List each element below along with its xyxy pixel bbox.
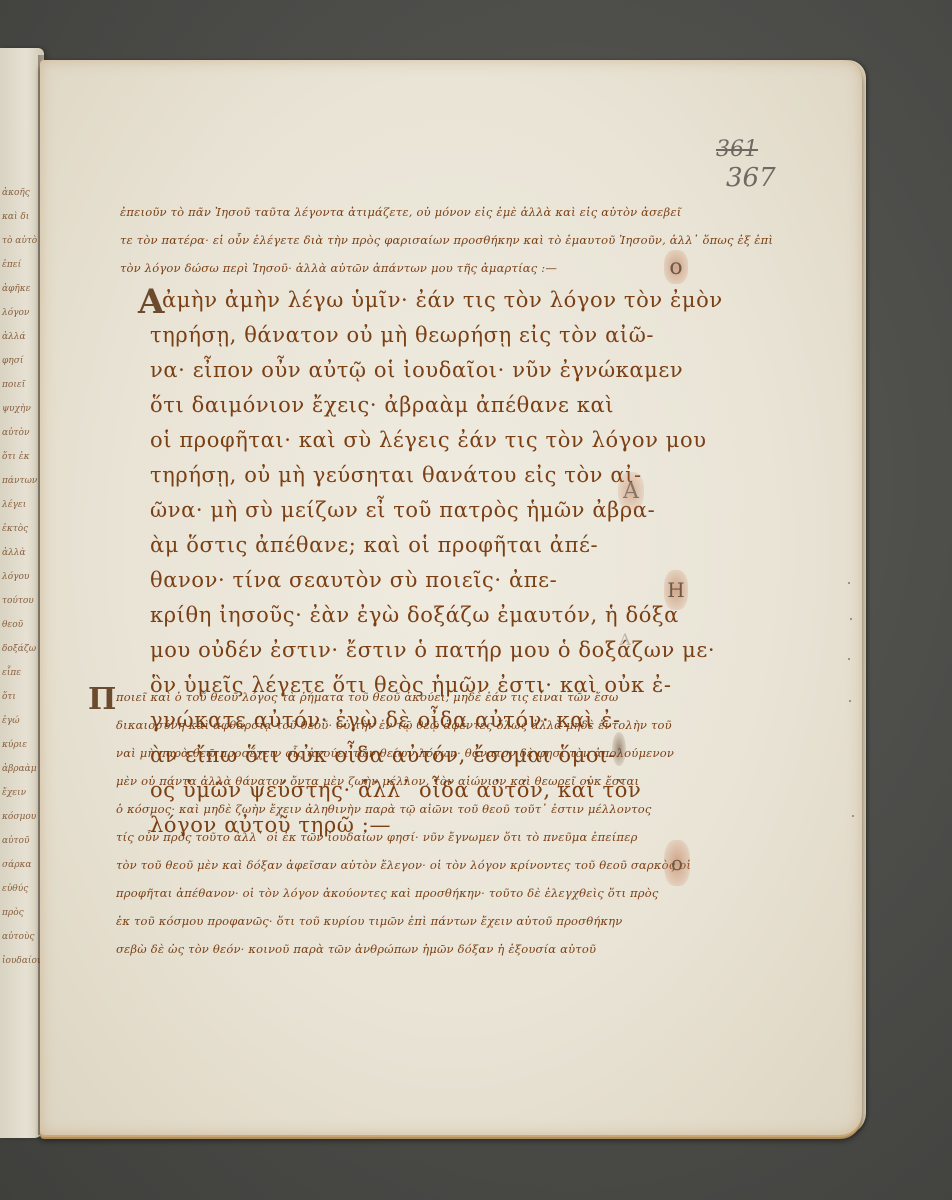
facing-page-line: δοξάζω xyxy=(2,644,36,654)
folio-number-crossed: 361 xyxy=(716,137,758,162)
manuscript-photo: ἀκοῆςκαὶ διτὸ αὐτὸἐπείἀφῆκελόγονἀλλάφησί… xyxy=(0,0,952,1200)
lower-commentary-line: ναὶ μὴ παρὰ θεῷ προσέχειν οἷς ἀκούει τῶν… xyxy=(116,746,674,760)
facing-page-line: πρὸς xyxy=(2,908,24,918)
facing-page-line: ὅτι ἐκ xyxy=(2,452,30,462)
speck xyxy=(848,582,850,584)
marginal-sign: Α xyxy=(616,625,634,653)
facing-page-line: εὐθύς xyxy=(2,884,28,894)
main-text-line: ὅτι δαιμόνιον ἔχεις· ἀβραὰμ ἀπέθανε καὶ xyxy=(150,393,614,417)
speck xyxy=(849,700,851,702)
facing-page-line: εἶπε xyxy=(2,668,21,678)
main-text-line: κρίθη ἰησοῦς· ἐὰν ἐγὼ δοξάζω ἐμαυτόν, ἡ … xyxy=(150,603,679,627)
upper-commentary-line: ἐπειοῦν τὸ πᾶν Ἰησοῦ ταῦτα λέγοντα ἀτιμά… xyxy=(120,205,681,219)
facing-page-line: σάρκα xyxy=(2,860,32,870)
decorated-initial: Α xyxy=(138,282,164,322)
facing-page-line: λέγει xyxy=(2,500,26,510)
facing-page-line: πάντων xyxy=(2,476,37,486)
speck xyxy=(850,618,852,620)
lower-commentary-line: τίς οὖν πρὸς τοῦτο ἀλλ᾿ οἱ ἐκ τῶν ἰουδαί… xyxy=(116,830,638,844)
lower-commentary-line: ἐκ τοῦ κόσμου προφανῶς· ὅτι τοῦ κυρίου τ… xyxy=(116,914,622,928)
main-text-line: θανον· τίνα σεαυτὸν σὺ ποιεῖς· ἀπε- xyxy=(150,568,557,592)
facing-page-line: αὐτοῦ xyxy=(2,836,29,846)
facing-page-line: τὸ αὐτὸ xyxy=(2,236,37,246)
main-text-line: ῶνα· μὴ σὺ μείζων εἶ τοῦ πατρὸς ἡμῶν ἀβρ… xyxy=(150,498,655,522)
facing-page-line: τούτου xyxy=(2,596,34,606)
marginal-sign: ο xyxy=(664,250,688,284)
facing-page-line: ἀκοῆς xyxy=(2,188,30,198)
main-text-line: τηρήσῃ, οὐ μὴ γεύσηται θανάτου εἰς τὸν α… xyxy=(150,463,642,487)
facing-page-line: αὐτὸν xyxy=(2,428,29,438)
facing-page-line: κύριε xyxy=(2,740,27,750)
marginal-initial: Α xyxy=(618,472,644,510)
speck xyxy=(852,815,854,817)
facing-page-line: ἐκτὸς xyxy=(2,524,28,534)
lower-commentary-line: ὁ κόσμος· καὶ μηδὲ ζωὴν ἔχειν ἀληθινὴν π… xyxy=(116,802,652,816)
facing-page-line: ἀλλὰ xyxy=(2,548,26,558)
facing-page-line: ἐπεί xyxy=(2,260,21,270)
lower-commentary-line: δικαιοσύνη καὶ ἀφθαρσίᾳ τοῦ θεοῦ· οὐ τὴν… xyxy=(116,718,672,732)
upper-commentary-line: τε τὸν πατέρα· εἰ οὖν ἐλέγετε διὰ τὴν πρ… xyxy=(120,233,773,247)
lower-commentary-line: τὸν τοῦ θεοῦ μὲν καὶ δόξαν ἀφεῖσαν αὐτὸν… xyxy=(116,858,691,872)
facing-page-line: λόγον xyxy=(2,308,29,318)
main-text-line: να· εἶπον οὖν αὐτῷ οἱ ἰουδαῖοι· νῦν ἐγνώ… xyxy=(150,358,683,382)
folio-number: 367 xyxy=(726,163,776,193)
facing-page-line: ψυχὴν xyxy=(2,404,31,414)
main-text-line: ὰμ ὅστις ἀπέθανε; καὶ οἱ προφῆται ἀπέ- xyxy=(150,533,598,557)
decorated-initial: Π xyxy=(88,682,116,717)
facing-page-line: ἐγώ xyxy=(2,716,20,726)
marginal-sign: Η xyxy=(664,570,688,610)
facing-page-line: ἔχειν xyxy=(2,788,26,798)
facing-page-line: ποιεῖ xyxy=(2,380,25,390)
facing-page-line: αὐτοὺς xyxy=(2,932,34,942)
folio-page: 361 367 ἐπειοῦν τὸ πᾶν Ἰησοῦ ταῦτα λέγον… xyxy=(40,60,862,1135)
ink-stain xyxy=(612,732,626,766)
lower-commentary-line: σεβὼ δὲ ὡς τὸν θεόν· κοινοῦ παρὰ τῶν ἀνθ… xyxy=(116,942,596,956)
facing-page-line: φησί xyxy=(2,356,23,366)
facing-page-line: ἀλλά xyxy=(2,332,26,342)
lower-commentary-line: μὲν οὐ πάντα ἀλλὰ θάνατον ὄντα μὲν ζωὴν … xyxy=(116,774,639,788)
facing-page-line: καὶ δι xyxy=(2,212,29,222)
marginal-sign: ο xyxy=(664,840,690,886)
facing-page-line: λόγου xyxy=(2,572,29,582)
speck xyxy=(848,658,850,660)
main-text-line: οἱ προφῆται· καὶ σὺ λέγεις ἐάν τις τὸν λ… xyxy=(150,428,707,452)
facing-page-line: ἀβραὰμ xyxy=(2,764,37,774)
facing-page-line: ἀφῆκε xyxy=(2,284,31,294)
facing-page-line: κόσμου xyxy=(2,812,36,822)
facing-page-line: ὅτι xyxy=(2,692,16,702)
lower-commentary-line: προφῆται ἀπέθανον· οἱ τὸν λόγον ἀκούοντε… xyxy=(116,886,659,900)
upper-commentary-line: τὸν λόγον δώσω περὶ Ἰησοῦ· ἀλλὰ αὐτῶν ἀπ… xyxy=(120,261,557,275)
main-text-line: τηρήσῃ, θάνατον οὐ μὴ θεωρήσῃ εἰς τὸν αἰ… xyxy=(150,323,654,347)
facing-page-line: θεοῦ xyxy=(2,620,23,630)
main-text-line: ἀμὴν ἀμὴν λέγω ὑμῖν· ἐάν τις τὸν λόγον τ… xyxy=(162,288,723,312)
lower-commentary-line: ποιεῖ καὶ ὁ τοῦ θεοῦ λόγος τὰ ῥήματα τοῦ… xyxy=(116,690,618,704)
